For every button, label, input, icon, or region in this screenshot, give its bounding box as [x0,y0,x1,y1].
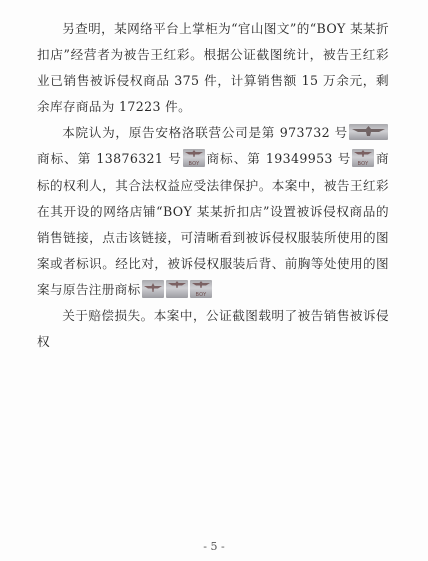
eagle-boy-trademark-icon: BOY [352,149,374,167]
eagle-boy-trademark-icon: BOY [190,280,212,298]
eagle-trademark-icon [349,124,388,140]
document-page: 另查明，某网络平台上掌柜为“官山图文”的“BOY 某某折扣店”经营者为被告王红彩… [0,0,428,561]
document-body: 另查明，某网络平台上掌柜为“官山图文”的“BOY 某某折扣店”经营者为被告王红彩… [37,16,389,355]
paragraph-additional-findings: 另查明，某网络平台上掌柜为“官山图文”的“BOY 某某折扣店”经营者为被告王红彩… [37,16,389,120]
paragraph-damages: 关于赔偿损失。本案中，公证截图载明了被告销售被诉侵权 [37,303,389,355]
svg-text:BOY: BOY [188,161,200,167]
paragraph-text: 关于赔偿损失。本案中，公证截图载明了被告销售被诉侵权 [37,308,389,349]
svg-text:BOY: BOY [358,161,370,167]
svg-text:BOY: BOY [195,292,207,298]
paragraph-text: 商标、第 19349953 号 [206,151,352,166]
eagle-trademark-icon [142,280,164,298]
page-number: - 5 - [0,540,428,553]
paragraph-text: 本院认为，原告安格洛联营公司是第 973732 号 [62,125,348,140]
paragraph-text: 商标、第 13876321 号 [37,151,182,166]
eagle-boy-trademark-icon: BOY [183,149,205,167]
paragraph-text: 另查明，某网络平台上掌柜为“官山图文”的“BOY 某某折扣店”经营者为被告王红彩… [37,21,389,114]
paragraph-court-opinion: 本院认为，原告安格洛联营公司是第 973732 号商标、第 13876321 号… [37,120,389,303]
paragraph-text: 商标的权利人，其合法权益应受法律保护。本案中，被告王红彩在其开设的网络店铺“BO… [37,151,389,296]
eagle-boy-trademark-icon [166,280,188,298]
